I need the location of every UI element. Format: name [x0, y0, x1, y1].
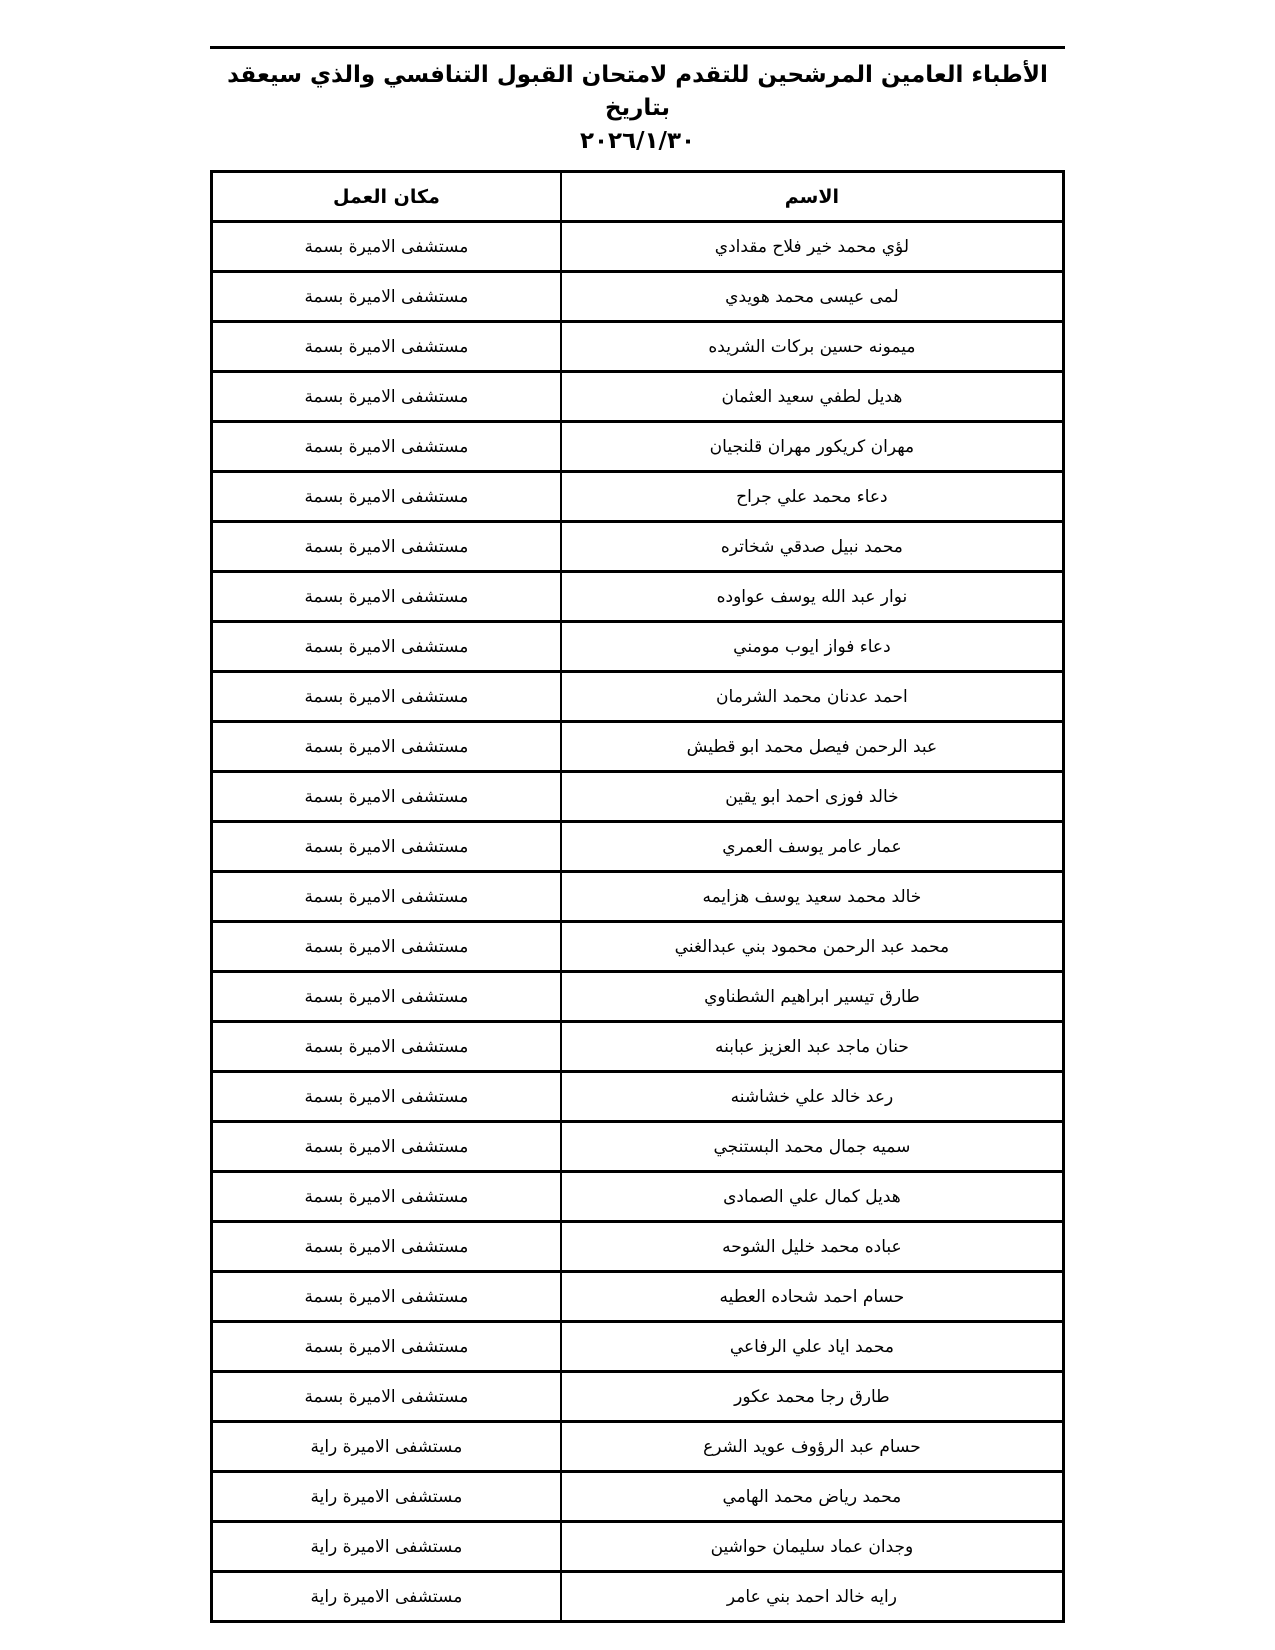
workplace-cell: مستشفى الاميرة بسمة — [212, 922, 561, 972]
workplace-cell: مستشفى الاميرة بسمة — [212, 422, 561, 472]
workplace-cell: مستشفى الاميرة بسمة — [212, 1272, 561, 1322]
table-row: محمد نبيل صدقي شخاترهمستشفى الاميرة بسمة — [212, 522, 1064, 572]
table-row: عباده محمد خليل الشوحهمستشفى الاميرة بسم… — [212, 1222, 1064, 1272]
table-row: حنان ماجد عبد العزيز عبابنهمستشفى الامير… — [212, 1022, 1064, 1072]
name-cell: محمد اياد علي الرفاعي — [561, 1322, 1064, 1372]
workplace-cell: مستشفى الاميرة بسمة — [212, 272, 561, 322]
table-row: طارق تيسير ابراهيم الشطناويمستشفى الامير… — [212, 972, 1064, 1022]
workplace-cell: مستشفى الاميرة راية — [212, 1472, 561, 1522]
name-cell: طارق رجا محمد عكور — [561, 1372, 1064, 1422]
table-row: لمى عيسى محمد هويديمستشفى الاميرة بسمة — [212, 272, 1064, 322]
table-row: نوار عبد الله يوسف عواودهمستشفى الاميرة … — [212, 572, 1064, 622]
table-row: حسام عبد الرؤوف عويد الشرعمستشفى الاميرة… — [212, 1422, 1064, 1472]
name-cell: طارق تيسير ابراهيم الشطناوي — [561, 972, 1064, 1022]
table-row: دعاء محمد علي جراحمستشفى الاميرة بسمة — [212, 472, 1064, 522]
title-text: الأطباء العامين المرشحين للتقدم لامتحان … — [210, 59, 1065, 125]
table-row: خالد فوزى احمد ابو يقينمستشفى الاميرة بس… — [212, 772, 1064, 822]
name-cell: رعد خالد علي خشاشنه — [561, 1072, 1064, 1122]
workplace-cell: مستشفى الاميرة بسمة — [212, 1172, 561, 1222]
workplace-cell: مستشفى الاميرة بسمة — [212, 572, 561, 622]
table-row: عبد الرحمن فيصل محمد ابو قطيشمستشفى الام… — [212, 722, 1064, 772]
header-rule — [210, 46, 1065, 49]
name-cell: عبد الرحمن فيصل محمد ابو قطيش — [561, 722, 1064, 772]
workplace-cell: مستشفى الاميرة بسمة — [212, 1122, 561, 1172]
table-row: طارق رجا محمد عكورمستشفى الاميرة بسمة — [212, 1372, 1064, 1422]
workplace-cell: مستشفى الاميرة بسمة — [212, 222, 561, 272]
workplace-cell: مستشفى الاميرة بسمة — [212, 372, 561, 422]
name-cell: دعاء محمد علي جراح — [561, 472, 1064, 522]
table-row: وجدان عماد سليمان حواشينمستشفى الاميرة ر… — [212, 1522, 1064, 1572]
table-header-row: الاسم مكان العمل — [212, 172, 1064, 222]
workplace-cell: مستشفى الاميرة بسمة — [212, 472, 561, 522]
name-cell: حسام احمد شحاده العطيه — [561, 1272, 1064, 1322]
name-cell: هديل كمال علي الصمادى — [561, 1172, 1064, 1222]
name-cell: محمد رياض محمد الهامي — [561, 1472, 1064, 1522]
name-cell: رايه خالد احمد بني عامر — [561, 1572, 1064, 1622]
workplace-cell: مستشفى الاميرة بسمة — [212, 522, 561, 572]
workplace-cell: مستشفى الاميرة بسمة — [212, 622, 561, 672]
table-row: ميمونه حسين بركات الشريدهمستشفى الاميرة … — [212, 322, 1064, 372]
document-title: الأطباء العامين المرشحين للتقدم لامتحان … — [210, 59, 1065, 158]
table-row: هديل لطفي سعيد العثمانمستشفى الاميرة بسم… — [212, 372, 1064, 422]
workplace-cell: مستشفى الاميرة بسمة — [212, 1372, 561, 1422]
name-cell: نوار عبد الله يوسف عواوده — [561, 572, 1064, 622]
name-cell: وجدان عماد سليمان حواشين — [561, 1522, 1064, 1572]
name-cell: هديل لطفي سعيد العثمان — [561, 372, 1064, 422]
name-cell: عباده محمد خليل الشوحه — [561, 1222, 1064, 1272]
workplace-cell: مستشفى الاميرة بسمة — [212, 872, 561, 922]
workplace-cell: مستشفى الاميرة راية — [212, 1422, 561, 1472]
name-cell: خالد فوزى احمد ابو يقين — [561, 772, 1064, 822]
name-cell: مهران كريكور مهران قلنجيان — [561, 422, 1064, 472]
workplace-cell: مستشفى الاميرة راية — [212, 1522, 561, 1572]
name-cell: ميمونه حسين بركات الشريده — [561, 322, 1064, 372]
table-row: احمد عدنان محمد الشرمانمستشفى الاميرة بس… — [212, 672, 1064, 722]
name-cell: حنان ماجد عبد العزيز عبابنه — [561, 1022, 1064, 1072]
workplace-cell: مستشفى الاميرة بسمة — [212, 1072, 561, 1122]
name-cell: خالد محمد سعيد يوسف هزايمه — [561, 872, 1064, 922]
workplace-cell: مستشفى الاميرة بسمة — [212, 972, 561, 1022]
document-page: الأطباء العامين المرشحين للتقدم لامتحان … — [0, 0, 1275, 1650]
table-row: لؤي محمد خير فلاح مقداديمستشفى الاميرة ب… — [212, 222, 1064, 272]
exam-date: ٢٠٢٦/١/٣٠ — [210, 125, 1065, 158]
name-cell: احمد عدنان محمد الشرمان — [561, 672, 1064, 722]
table-row: محمد اياد علي الرفاعيمستشفى الاميرة بسمة — [212, 1322, 1064, 1372]
workplace-cell: مستشفى الاميرة راية — [212, 1572, 561, 1622]
table-row: رايه خالد احمد بني عامرمستشفى الاميرة را… — [212, 1572, 1064, 1622]
table-row: محمد رياض محمد الهاميمستشفى الاميرة راية — [212, 1472, 1064, 1522]
workplace-cell: مستشفى الاميرة بسمة — [212, 772, 561, 822]
table-row: سميه جمال محمد البستنجيمستشفى الاميرة بس… — [212, 1122, 1064, 1172]
name-cell: حسام عبد الرؤوف عويد الشرع — [561, 1422, 1064, 1472]
name-cell: سميه جمال محمد البستنجي — [561, 1122, 1064, 1172]
table-body: لؤي محمد خير فلاح مقداديمستشفى الاميرة ب… — [212, 222, 1064, 1622]
workplace-cell: مستشفى الاميرة بسمة — [212, 722, 561, 772]
workplace-cell: مستشفى الاميرة بسمة — [212, 822, 561, 872]
name-column-header: الاسم — [561, 172, 1064, 222]
workplace-cell: مستشفى الاميرة بسمة — [212, 1022, 561, 1072]
table-row: حسام احمد شحاده العطيهمستشفى الاميرة بسم… — [212, 1272, 1064, 1322]
name-cell: محمد عبد الرحمن محمود بني عبدالغني — [561, 922, 1064, 972]
name-cell: لمى عيسى محمد هويدي — [561, 272, 1064, 322]
name-cell: عمار عامر يوسف العمري — [561, 822, 1064, 872]
workplace-cell: مستشفى الاميرة بسمة — [212, 322, 561, 372]
workplace-cell: مستشفى الاميرة بسمة — [212, 1222, 561, 1272]
name-cell: محمد نبيل صدقي شخاتره — [561, 522, 1064, 572]
table-row: خالد محمد سعيد يوسف هزايمهمستشفى الاميرة… — [212, 872, 1064, 922]
name-cell: دعاء فواز ايوب مومني — [561, 622, 1064, 672]
table-row: عمار عامر يوسف العمريمستشفى الاميرة بسمة — [212, 822, 1064, 872]
page-content: الأطباء العامين المرشحين للتقدم لامتحان … — [210, 0, 1065, 1623]
candidates-table: الاسم مكان العمل لؤي محمد خير فلاح مقداد… — [210, 170, 1065, 1623]
table-row: هديل كمال علي الصمادىمستشفى الاميرة بسمة — [212, 1172, 1064, 1222]
table-row: دعاء فواز ايوب مومنيمستشفى الاميرة بسمة — [212, 622, 1064, 672]
table-row: محمد عبد الرحمن محمود بني عبدالغنيمستشفى… — [212, 922, 1064, 972]
table-row: رعد خالد علي خشاشنهمستشفى الاميرة بسمة — [212, 1072, 1064, 1122]
workplace-cell: مستشفى الاميرة بسمة — [212, 672, 561, 722]
workplace-cell: مستشفى الاميرة بسمة — [212, 1322, 561, 1372]
workplace-column-header: مكان العمل — [212, 172, 561, 222]
table-row: مهران كريكور مهران قلنجيانمستشفى الاميرة… — [212, 422, 1064, 472]
name-cell: لؤي محمد خير فلاح مقدادي — [561, 222, 1064, 272]
